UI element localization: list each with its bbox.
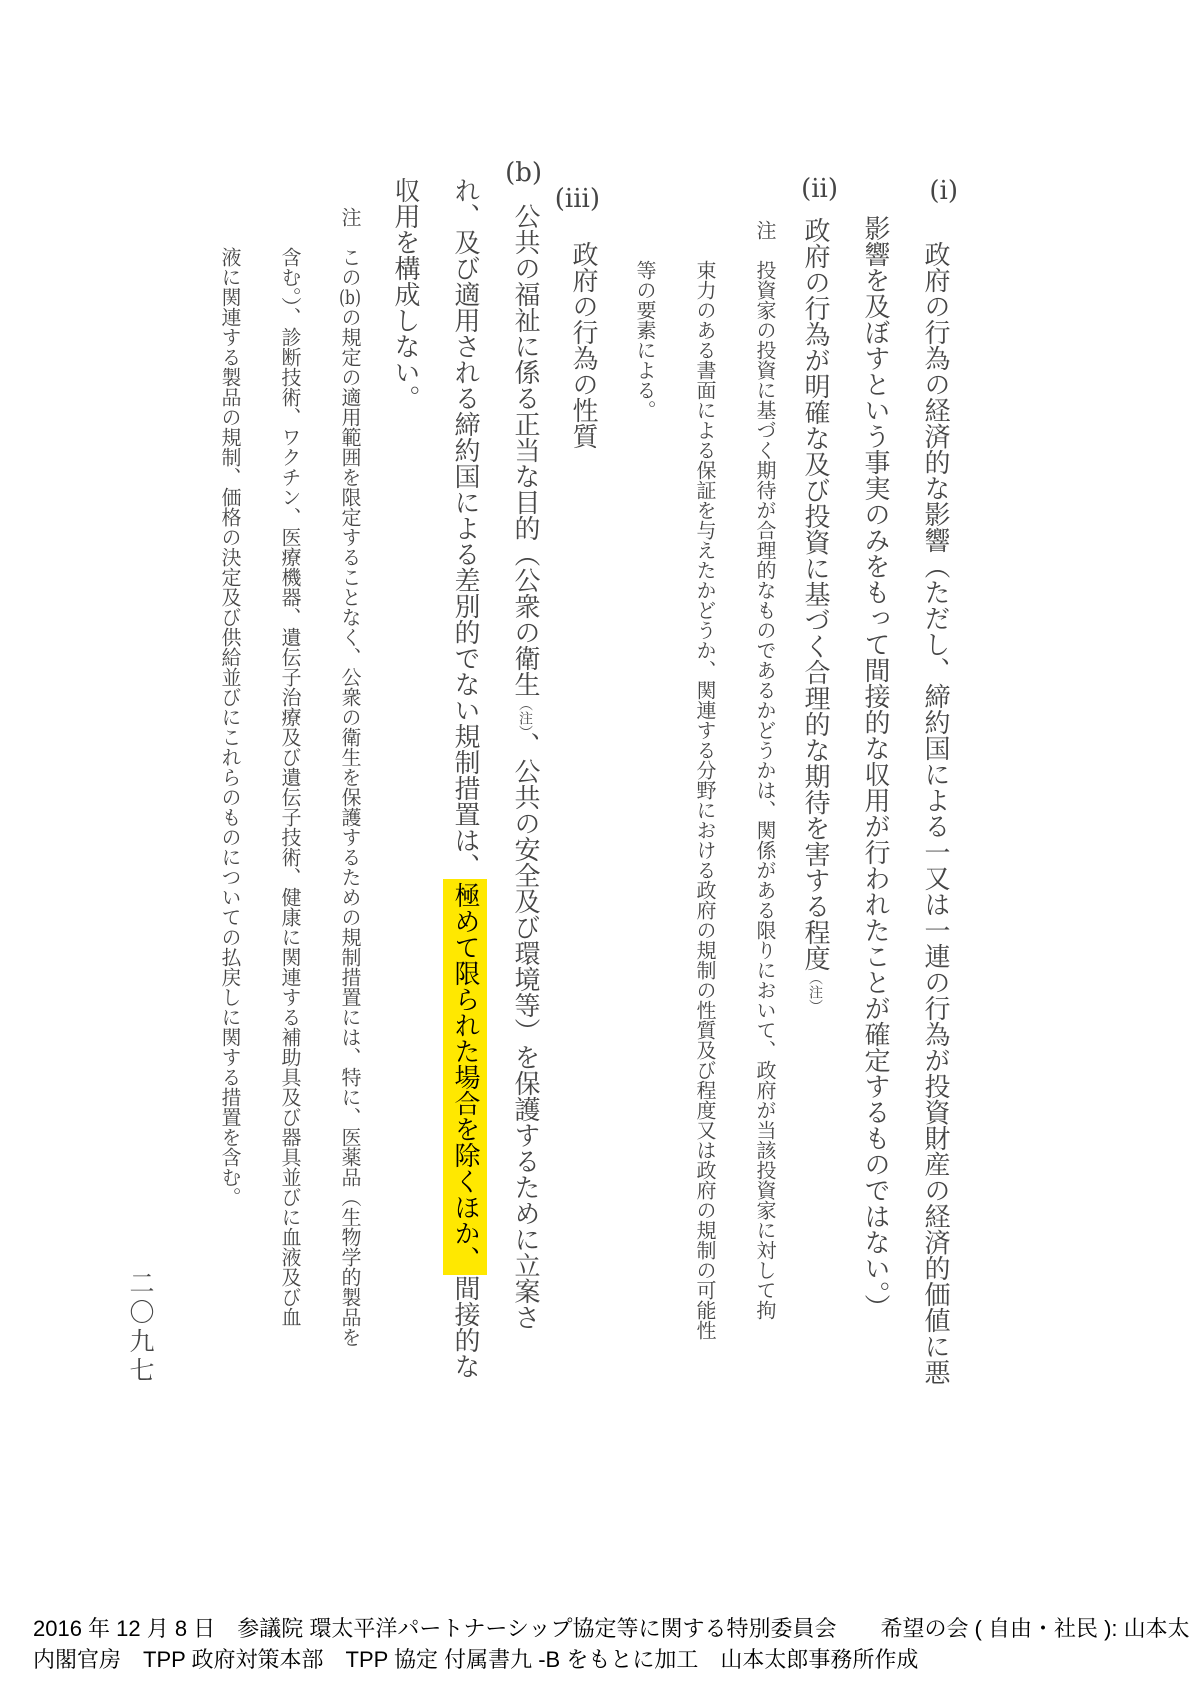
paragraph-line: 政府の行為の性質 [553,215,613,449]
item-ii-text: 政府の行為が明確な及び投資に基づく合理的な期待を害する程度 [800,217,830,971]
paragraph-line: 収用を構成しない。 [375,177,435,1379]
highlighted-text: 極めて限られた場合を除くほか、 [443,879,487,1275]
paragraph-line: れ、及び適用される締約国による差別的でない規制措置は、極めて限られた場合を除くほ… [435,177,495,1379]
note-text: の規定の適用範囲を限定することなく、公衆の衛生を保護するための規制措置には、特に… [338,307,362,1347]
note-text: この [338,247,362,287]
item-iii-label: (iii) [555,184,600,214]
note-line: 液に関連する製品の規制、価格の決定及び供給並びにこれらのものについての払戻しに関… [200,207,260,1347]
note-text: 投資家の投資に基づく期待が合理的なものであるかどうかは、関係がある限りにおいて、… [753,260,777,1320]
scanned-document-page: (i) 政府の行為の経済的な影響（ただし、締約国による一又は一連の行為が投資財産… [0,0,1191,1684]
item-iii-paragraph: 政府の行為の性質 [553,215,613,449]
paragraph-line: 政府の行為の経済的な影響（ただし、締約国による一又は一連の行為が投資財産の経済的… [905,215,965,1385]
note-text-latin: (b) [338,287,362,307]
paragraph-line: 公共の福祉に係る正当な目的（公衆の衛生（注）、公共の安全及び環境等）を保護するた… [495,177,555,1379]
note-line: 含む。）、診断技術、ワクチン、医療機器、遺伝子治療及び遺伝子技術、健康に関連する… [260,207,320,1347]
item-b-text: 間接的な [450,1275,480,1379]
item-i-paragraph: 政府の行為の経済的な影響（ただし、締約国による一又は一連の行為が投資財産の経済的… [845,215,965,1385]
note-line: 束力のある書面による保証を与えたかどうか、関連する分野における政府の規制の性質及… [675,220,735,1340]
item-b-paragraph: 公共の福祉に係る正当な目的（公衆の衛生（注）、公共の安全及び環境等）を保護するた… [375,177,555,1379]
note-marker: 注 [338,207,362,247]
footer-line-2: 内閣官房 TPP 政府対策本部 TPP 協定 付属書九 -B をもとに加工 山本… [33,1644,1191,1675]
item-b-text: れ、及び適用される締約国による差別的でない規制措置は、 [450,177,480,879]
note-line: 等の要素による。 [615,220,675,1340]
note-line: 注 この(b)の規定の適用範囲を限定することなく、公衆の衛生を保護するための規制… [320,207,380,1347]
paragraph-line: 影響を及ぼすという事実のみをもって間接的な収用が行われたことが確定するものではな… [845,215,905,1385]
note-reference-marker: （注） [807,971,823,1013]
note-line: 注 投資家の投資に基づく期待が合理的なものであるかどうかは、関係がある限りにおい… [735,220,795,1340]
note-marker: 注 [753,220,777,260]
item-b-note: 注 この(b)の規定の適用範囲を限定することなく、公衆の衛生を保護するための規制… [200,207,380,1347]
item-b-text: 、公共の安全及び環境等）を保護するために立案さ [510,732,540,1330]
item-i-label: (i) [929,176,958,206]
item-ii-note: 注 投資家の投資に基づく期待が合理的なものであるかどうかは、関係がある限りにおい… [615,220,795,1340]
page-number: 二〇九七 [126,1270,154,1386]
footer-line-1: 2016 年 12 月 8 日 参議院 環太平洋パートナーシップ協定等に関する特… [33,1613,1191,1644]
footer: 2016 年 12 月 8 日 参議院 環太平洋パートナーシップ協定等に関する特… [33,1613,1191,1675]
note-reference-marker: （注） [517,697,533,732]
item-b-text: 公共の福祉に係る正当な目的（公衆の衛生 [510,203,540,697]
